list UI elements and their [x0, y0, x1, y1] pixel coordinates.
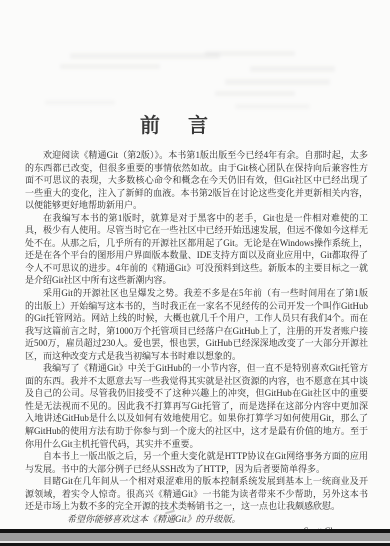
bleed-through-artifact — [235, 104, 310, 109]
bleed-through-artifact — [70, 53, 220, 59]
book-preface-page: 前 言 欢迎阅读《精通Git（第2版）》。本书第1版出版至今已经4年有余。自那时… — [0, 0, 390, 546]
closing-wish-line: 希望你能够喜欢这本《精通Git》的升级版。 — [67, 513, 368, 526]
preface-paragraph: 自本书上一版出版之后，另一个重大变化就是HTTP协议在Git网络事务方面的应用与… — [25, 450, 368, 475]
bleed-through-artifact — [225, 79, 330, 85]
bleed-through-artifact — [250, 66, 335, 72]
bleed-through-artifact — [60, 64, 160, 69]
preface-paragraph: 欢迎阅读《精通Git（第2版）》。本书第1版出版至今已经4年有余。自那时起，太多… — [25, 149, 368, 212]
bleed-through-artifact — [45, 100, 115, 105]
preface-paragraph: 我编写了《精通Git》中关于GitHub的一小节内容，但一直不是特别喜欢Git托… — [25, 362, 368, 450]
scan-edge-bar — [0, 533, 390, 541]
page-title: 前 言 — [0, 109, 371, 138]
preface-paragraph: 在我编写本书的第1版时，就算是对于黑客中的老手，Git也是一件相对难使的工具，极… — [25, 212, 368, 287]
bleed-through-artifact — [215, 91, 295, 96]
preface-paragraph: 采用Git的开源社区也呈爆发之势。我差不多是在5年前（有一些时间用在了第1版的出… — [25, 287, 368, 362]
preface-body: 欢迎阅读《精通Git（第2版）》。本书第1版出版至今已经4年有余。自那时起，太多… — [25, 149, 368, 538]
bleed-through-artifact — [205, 51, 295, 56]
preface-paragraph: 目睹Git在几年间从一个相对艰涩难用的版本控制系统发展到基本上一统商业及开源领域… — [25, 475, 368, 513]
